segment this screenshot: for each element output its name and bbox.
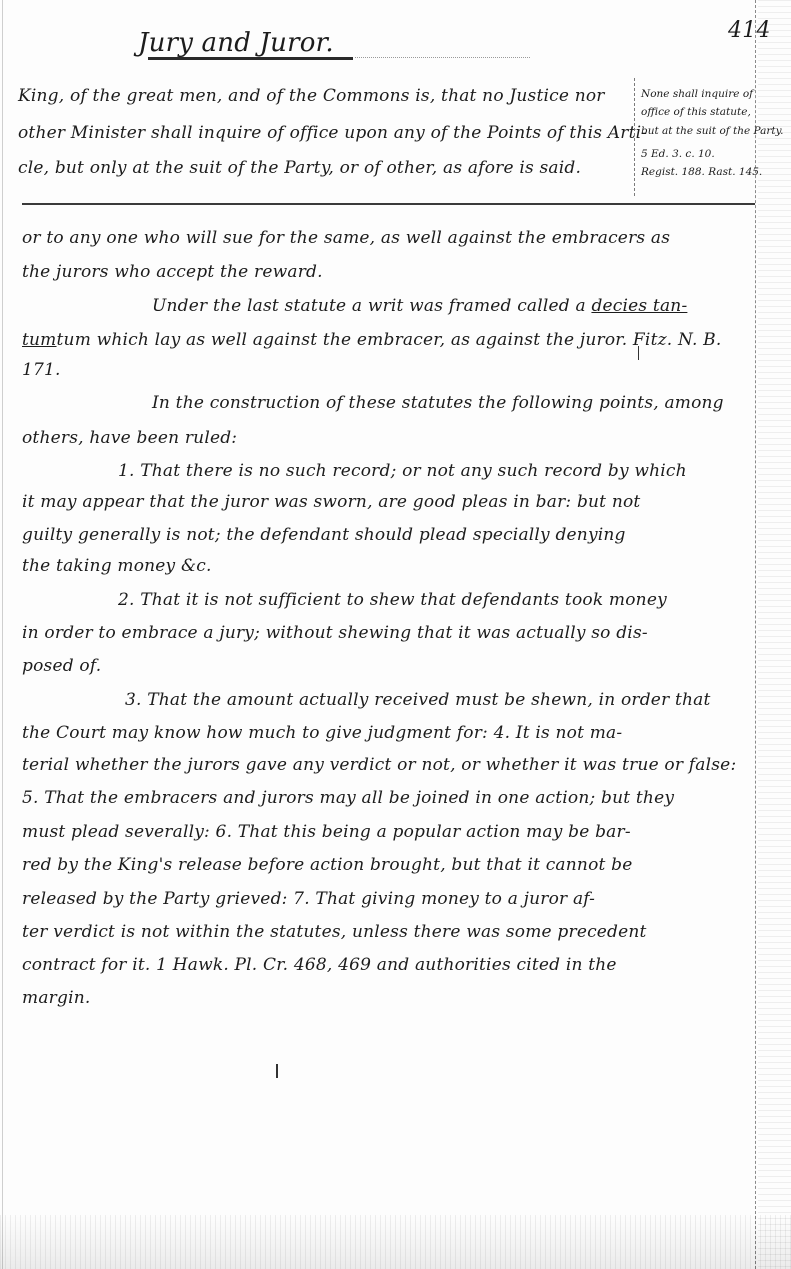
page-number: 414 <box>728 18 771 43</box>
body-line: the jurors who accept the reward. <box>22 262 323 282</box>
ink-mark <box>276 1064 278 1078</box>
underlined-term: decies tan- <box>591 296 687 316</box>
statute-line: other Minister shall inquire of office u… <box>18 123 647 143</box>
body-line: in order to embrace a jury; without shew… <box>22 623 648 643</box>
margin-note: None shall inquire of office of this sta… <box>634 78 755 196</box>
body-line: 1. That there is no such record; or not … <box>118 461 687 481</box>
margin-note-line: but at the suit of the Party. <box>641 125 784 137</box>
body-line: red by the King's release before action … <box>22 855 632 875</box>
body-line: or to any one who will sue for the same,… <box>22 228 670 248</box>
body-line: posed of. <box>22 656 101 676</box>
body-line: 2. That it is not sufficient to shew tha… <box>118 590 667 610</box>
body-line: Under the last statute a writ was framed… <box>152 296 687 316</box>
body-line: margin. <box>22 988 90 1008</box>
body-line: 5. That the embracers and jurors may all… <box>22 788 674 808</box>
body-line: guilty generally is not; the defendant s… <box>22 525 626 545</box>
title-dotted-rule <box>355 57 530 58</box>
body-line: 3. That the amount actually received mus… <box>125 690 711 710</box>
body-line: the taking money &c. <box>22 556 212 576</box>
body-text: Under the last statute a writ was framed… <box>152 296 591 316</box>
body-line: ter verdict is not within the statutes, … <box>22 922 647 942</box>
body-line: it may appear that the juror was sworn, … <box>22 492 640 512</box>
body-line: the Court may know how much to give judg… <box>22 723 622 743</box>
page-title: Jury and Juror. <box>138 28 334 58</box>
statute-line: cle, but only at the suit of the Party, … <box>18 158 581 178</box>
section-divider <box>22 203 755 205</box>
margin-citation: 5 Ed. 3. c. 10. <box>641 148 715 160</box>
margin-citation: Regist. 188. Rast. 145. <box>641 166 762 178</box>
manuscript-page: Jury and Juror. 414 King, of the great m… <box>0 0 791 1269</box>
body-line: tumtum which lay as well against the emb… <box>22 330 721 350</box>
ink-mark <box>638 346 639 360</box>
margin-note-line: office of this statute, <box>641 106 751 118</box>
right-margin-rule <box>755 0 756 1269</box>
body-line: contract for it. 1 Hawk. Pl. Cr. 468, 46… <box>22 955 617 975</box>
body-line: must plead severally: 6. That this being… <box>22 822 631 842</box>
left-page-edge <box>2 0 3 1269</box>
body-text: tum which lay as well against the embrac… <box>57 330 722 350</box>
title-underline <box>148 57 353 60</box>
body-line: others, have been ruled: <box>22 428 237 448</box>
margin-note-line: None shall inquire of <box>641 88 753 100</box>
body-line: 171. <box>22 360 61 380</box>
scan-bottom-noise <box>0 1215 791 1269</box>
scan-edge-noise <box>758 0 791 1269</box>
body-line: terial whether the jurors gave any verdi… <box>22 755 736 775</box>
body-line: In the construction of these statutes th… <box>152 393 724 413</box>
statute-line: King, of the great men, and of the Commo… <box>18 86 605 106</box>
body-line: released by the Party grieved: 7. That g… <box>22 889 595 909</box>
underlined-term: tum <box>22 330 57 350</box>
